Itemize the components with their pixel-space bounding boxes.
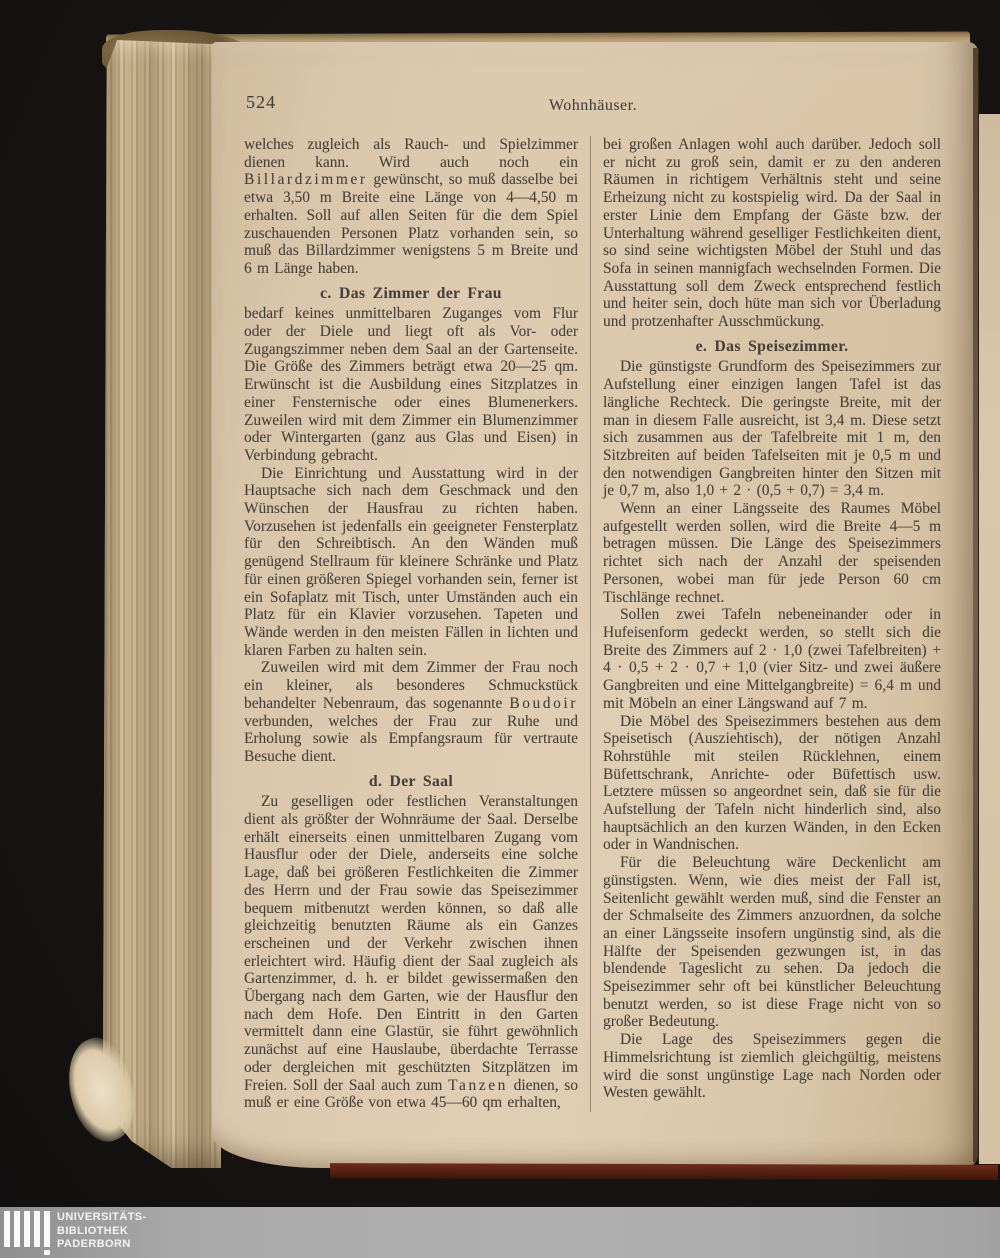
running-title: Wohnhäuser. xyxy=(244,97,942,115)
paragraph: Die Möbel des Speisezimmers bestehen aus… xyxy=(603,713,941,855)
library-name-line3: PADERBORN xyxy=(57,1238,147,1252)
paragraph: bedarf keines unmittelbaren Zuganges vom… xyxy=(244,305,578,464)
column-right: bei großen Anlagen wohl auch darüber. Je… xyxy=(590,136,941,1112)
paragraph: Die Einrichtung und Ausstattung wird in … xyxy=(244,465,578,660)
paragraph: welches zugleich als Rauch- und Spielzim… xyxy=(244,136,578,278)
page-header: 524 Wohnhäuser. xyxy=(244,88,942,128)
text-columns: welches zugleich als Rauch- und Spielzim… xyxy=(244,136,942,1112)
page-stack-fore-edge xyxy=(103,40,221,1168)
paragraph: Wenn an einer Längsseite des Raumes Möbe… xyxy=(603,500,941,606)
section-heading-speisezimmer: e. Das Speisezimmer. xyxy=(603,338,941,356)
library-name: UNIVERSITÄTS- BIBLIOTHEK PADERBORN xyxy=(57,1211,147,1252)
section-heading-zimmer-der-frau: c. Das Zimmer der Frau xyxy=(244,285,578,303)
ub-paderborn-logo-icon xyxy=(4,1211,54,1255)
scanned-book-photo: 524 Wohnhäuser. welches zugleich als Rau… xyxy=(0,0,1000,1258)
gutter-crease xyxy=(973,48,979,1162)
paragraph: Für die Beleuchtung wäre Deckenlicht am … xyxy=(603,854,941,1031)
library-name-line2: BIBLIOTHEK xyxy=(57,1225,147,1239)
library-watermark-banner: UNIVERSITÄTS- BIBLIOTHEK PADERBORN xyxy=(0,1207,1000,1258)
paragraph: bei großen Anlagen wohl auch darüber. Je… xyxy=(603,136,941,331)
paragraph: Zu geselligen oder festlichen Veranstalt… xyxy=(244,793,578,1112)
paragraph: Die Lage des Speisezimmers gegen die Him… xyxy=(603,1031,941,1102)
paragraph: Zuweilen wird mit dem Zimmer der Frau no… xyxy=(244,659,578,765)
section-heading-der-saal: d. Der Saal xyxy=(244,773,578,791)
library-name-line1: UNIVERSITÄTS- xyxy=(57,1211,147,1225)
printed-page-content: 524 Wohnhäuser. welches zugleich als Rau… xyxy=(244,88,942,1112)
paragraph: Sollen zwei Tafeln nebeneinander oder in… xyxy=(603,606,941,712)
column-left: welches zugleich als Rauch- und Spielzim… xyxy=(244,136,590,1112)
cover-bottom-edge xyxy=(330,1163,998,1180)
adjacent-page-sliver xyxy=(979,114,1000,1164)
paragraph: Die günstigste Grundform des Speisezimme… xyxy=(603,358,941,500)
